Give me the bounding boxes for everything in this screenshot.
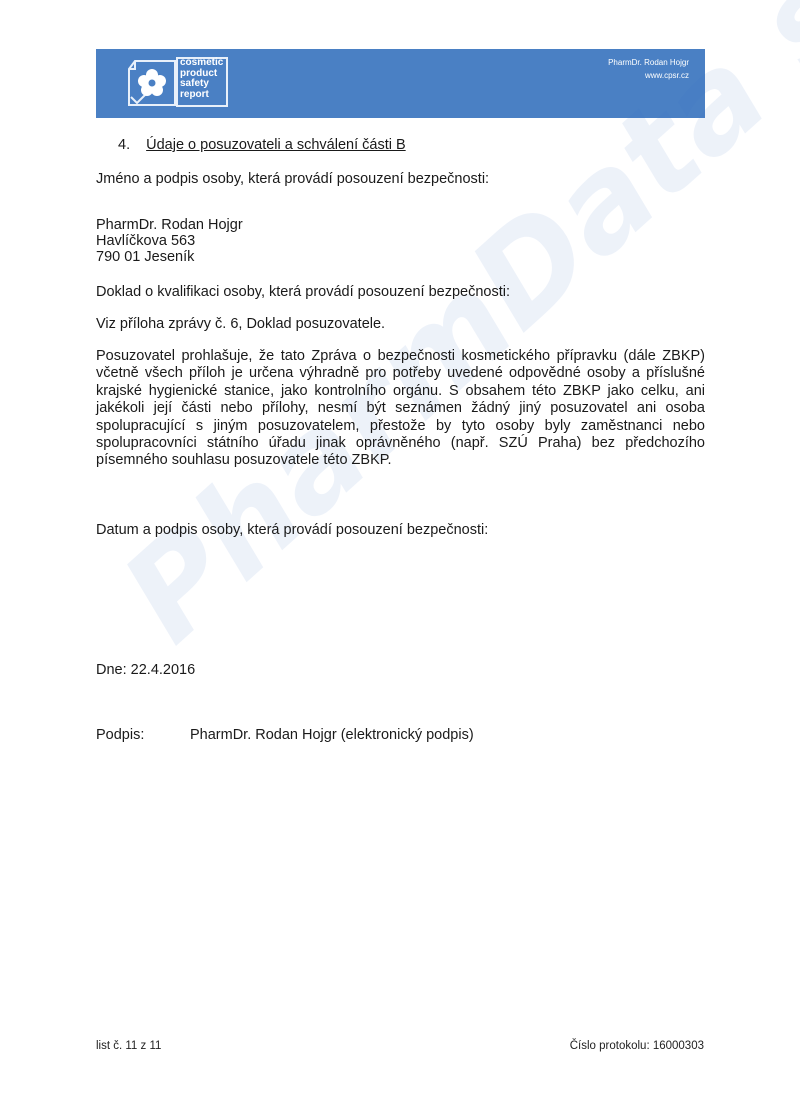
signature-label: Datum a podpis osoby, která provádí poso… xyxy=(96,522,488,539)
assessor-label: Jméno a podpis osoby, která provádí poso… xyxy=(96,171,489,188)
logo-line: cosmetic xyxy=(180,58,223,69)
declaration-paragraph: Posuzovatel prohlašuje, že tato Zpráva o… xyxy=(96,348,705,470)
logo-text: cosmetic product safety report xyxy=(180,58,223,100)
section-title: Údaje o posuzovateli a schválení části B xyxy=(146,137,406,153)
assessor-city: 790 01 Jeseník xyxy=(96,249,194,266)
footer-protocol-number: Číslo protokolu: 16000303 xyxy=(570,1040,704,1052)
section-number: 4. xyxy=(118,137,130,153)
assessor-name: PharmDr. Rodan Hojgr xyxy=(96,217,243,234)
header-website: www.cpsr.cz xyxy=(608,69,689,82)
signature-sign-value: PharmDr. Rodan Hojgr (elektronický podpi… xyxy=(190,727,474,743)
logo-line: safety xyxy=(180,79,223,90)
page-header: cosmetic product safety report PharmDr. … xyxy=(96,49,705,118)
cpsr-logo: cosmetic product safety report xyxy=(122,55,228,108)
qualification-value: Viz příloha zprávy č. 6, Doklad posuzova… xyxy=(96,316,385,333)
signature-sign-label: Podpis: xyxy=(96,727,144,743)
assessor-street: Havlíčkova 563 xyxy=(96,233,195,250)
signature-date: Dne: 22.4.2016 xyxy=(96,662,195,679)
logo-line: report xyxy=(180,90,223,101)
qualification-label: Doklad o kvalifikaci osoby, která provád… xyxy=(96,284,510,301)
section-heading: 4. Údaje o posuzovateli a schválení část… xyxy=(118,137,406,153)
document-flower-icon xyxy=(125,57,177,107)
header-author: PharmDr. Rodan Hojgr xyxy=(608,56,689,69)
footer-page-number: list č. 11 z 11 xyxy=(96,1040,161,1052)
header-contact: PharmDr. Rodan Hojgr www.cpsr.cz xyxy=(608,56,689,82)
